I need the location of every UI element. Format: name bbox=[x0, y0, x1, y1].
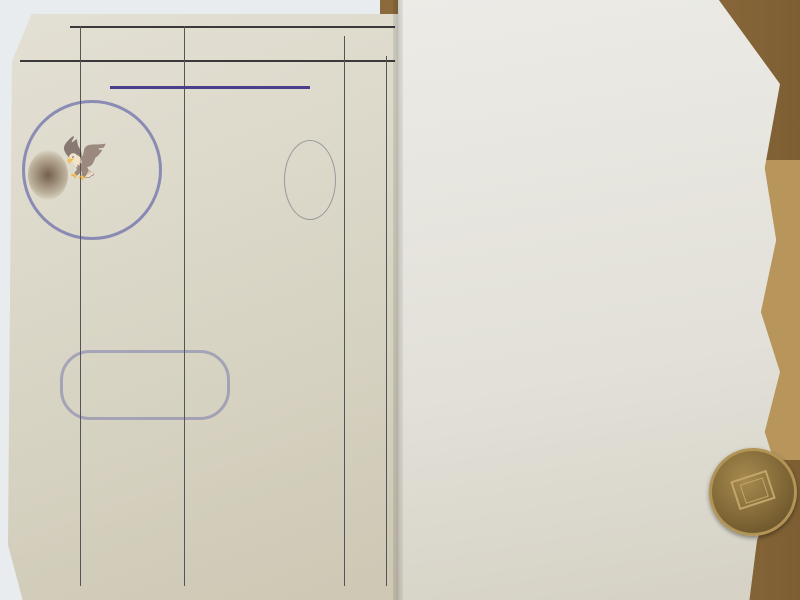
header-rule-bottom bbox=[20, 60, 395, 62]
left-page bbox=[8, 14, 400, 600]
eagle-emblem-icon: 🦅 bbox=[60, 135, 110, 182]
signature-loop bbox=[284, 140, 336, 220]
coin-emblem bbox=[730, 470, 775, 510]
book-spine bbox=[393, 0, 403, 600]
coin bbox=[709, 448, 797, 536]
heading-underline bbox=[110, 86, 310, 89]
column-divider bbox=[344, 36, 345, 586]
header-rule-top bbox=[70, 26, 395, 28]
column-divider bbox=[386, 56, 387, 586]
column-divider bbox=[184, 26, 185, 586]
faded-stamp-imprint bbox=[60, 350, 230, 420]
